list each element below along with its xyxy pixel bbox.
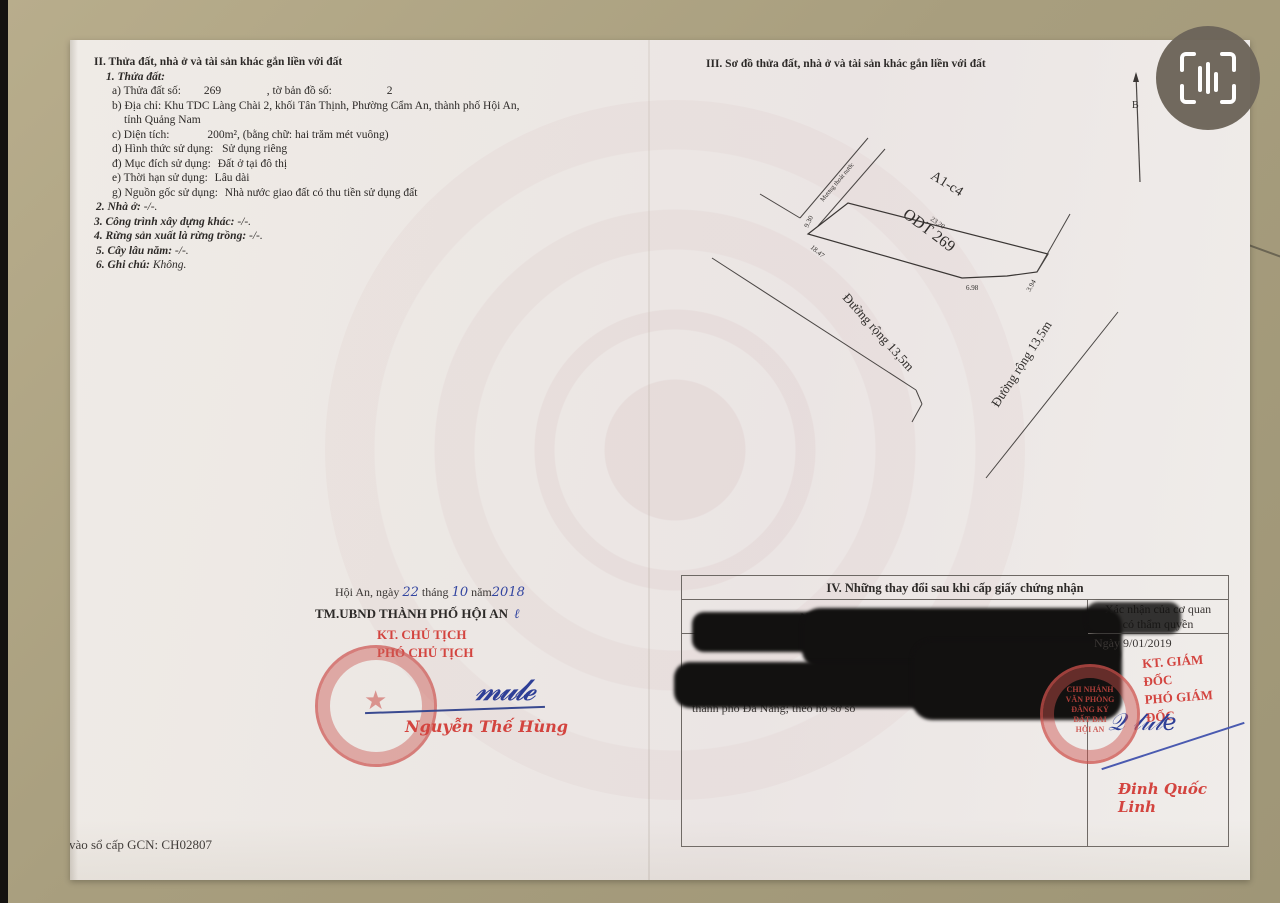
forest-value: -/-.: [249, 230, 263, 242]
house-row: 2. Nhà ở: -/-.: [94, 200, 519, 215]
issue-day: 22: [402, 585, 419, 600]
section-changes-table: IV. Những thay đổi sau khi cấp giấy chứn…: [681, 575, 1229, 847]
section-land-parcel-info: II. Thửa đất, nhà ở và tài sản khác gắn …: [94, 55, 519, 273]
area-label: c) Diện tích:: [112, 128, 169, 143]
official-seal-left: ★: [315, 645, 437, 767]
other-construction-value: -/-.: [237, 216, 251, 228]
forest-label: 4. Rừng sản xuất là rừng trồng:: [94, 230, 246, 242]
scan-text-icon: [1176, 46, 1240, 110]
dim-right: 3.94: [1025, 278, 1038, 293]
use-form-label: d) Hình thức sử dụng:: [112, 142, 213, 157]
changes-columns: Nội dung thay đổi và cơ sở pháp lý số 98…: [682, 600, 1228, 846]
date-prefix: Hội An, ngày: [335, 585, 399, 599]
ditch-label: Mương thoát nước: [819, 161, 856, 203]
other-construction-row: 3. Công trình xây dựng khác: -/-.: [94, 215, 519, 230]
dim-bottom: 6.98: [966, 284, 979, 292]
redaction-mark: [1086, 602, 1181, 634]
address-continuation: tỉnh Quảng Nam: [94, 113, 519, 128]
neighbor-label: A1-c4: [928, 169, 966, 200]
initial-mark: ℓ: [514, 606, 519, 621]
page-fold: [648, 40, 650, 880]
seal-line: ĐẤT ĐAI: [1043, 715, 1137, 725]
origin-row: g) Nguồn gốc sử dụng: Nhà nước giao đất …: [94, 186, 519, 201]
north-arrow-icon: B: [1132, 72, 1140, 182]
use-form-row: d) Hình thức sử dụng: Sử dụng riêng: [94, 142, 519, 157]
seal-line: VĂN PHÒNG: [1043, 695, 1137, 705]
change-content-column: Nội dung thay đổi và cơ sở pháp lý số 98…: [682, 600, 1088, 846]
issue-date: Hội An, ngày 22 tháng 10 năm2018: [310, 585, 610, 600]
purpose-value: Đất ở tại đô thị: [218, 157, 287, 172]
dim-left: 9.30: [803, 214, 816, 229]
section-iii-title: III. Sơ đồ thửa đất, nhà ở và tài sản kh…: [706, 58, 986, 70]
origin-value: Nhà nước giao đất có thu tiền sử dụng đấ…: [225, 186, 418, 201]
signer-name-left: Nguyễn Thế Hùng: [405, 717, 568, 736]
signature-left: 𝓶𝓾𝓵𝓮: [475, 673, 533, 708]
house-value: -/-.: [144, 201, 158, 213]
parcel-diagram: B Mương thoát nước A1-c4 ODT 269 23.20 9…: [690, 70, 1230, 490]
term-row: e) Thời hạn sử dụng: Lâu dài: [94, 171, 519, 186]
seal-line: ĐĂNG KÝ: [1043, 705, 1137, 715]
signer-title-1: KT. CHỦ TỊCH: [377, 626, 610, 644]
term-label: e) Thời hạn sử dụng:: [112, 171, 208, 186]
certificate-paper: II. Thửa đất, nhà ở và tài sản khác gắn …: [70, 40, 1250, 880]
svg-text:B: B: [1132, 100, 1139, 111]
map-sheet-label: , tờ bản đồ số:: [267, 84, 332, 99]
area-row: c) Diện tích: 200m², (bằng chữ: hai trăm…: [94, 128, 519, 143]
address-label: b) Địa chỉ:: [112, 99, 161, 114]
registry-number: Số vào sổ cấp GCN: CH02807: [70, 837, 212, 853]
issuer-signature-block: Hội An, ngày 22 tháng 10 năm2018 TM.UBND…: [310, 585, 610, 662]
seal-line: HỘI AN: [1043, 725, 1137, 735]
parcel-number-label: a) Thửa đất số:: [112, 84, 181, 99]
origin-label: g) Nguồn gốc sử dụng:: [112, 186, 218, 201]
issue-year: 2018: [492, 585, 525, 600]
confirm-title-1: KT. GIÁM ĐỐC: [1142, 649, 1228, 691]
official-seal-right: CHI NHÁNH VĂN PHÒNG ĐĂNG KÝ ĐẤT ĐAI HỘI …: [1040, 664, 1140, 764]
purpose-row: đ) Mục đích sử dụng: Đất ở tại đô thị: [94, 157, 519, 172]
forest-row: 4. Rừng sản xuất là rừng trồng: -/-.: [94, 229, 519, 244]
organization-name: TM.UBND THÀNH PHỐ HỘI AN: [315, 606, 508, 621]
map-sheet-number: 2: [387, 84, 393, 99]
perennial-value: -/-.: [175, 245, 189, 257]
parcel-diagram-svg: B Mương thoát nước A1-c4 ODT 269 23.20 9…: [690, 70, 1230, 490]
section-ii-title: II. Thửa đất, nhà ở và tài sản khác gắn …: [94, 55, 519, 70]
address-row: b) Địa chỉ: Khu TDC Làng Chài 2, khối Tâ…: [94, 99, 519, 114]
other-construction-label: 3. Công trình xây dựng khác:: [94, 216, 234, 228]
issue-month: 10: [452, 585, 469, 600]
road-right-label: Đường rộng 13,5m: [988, 318, 1055, 410]
registry-label: Số vào sổ cấp GCN:: [70, 837, 158, 852]
scan-text-button[interactable]: [1156, 26, 1260, 130]
section-iv-title: IV. Những thay đổi sau khi cấp giấy chứn…: [682, 576, 1228, 600]
registry-value: CH02807: [161, 837, 212, 852]
notes-label: 6. Ghi chú:: [96, 259, 150, 271]
road-left-label: Đường rộng 13,5m: [840, 290, 918, 374]
perennial-row: 5. Cây lâu năm: -/-.: [94, 244, 519, 259]
perennial-label: 5. Cây lâu năm:: [96, 245, 172, 257]
parcel-label: ODT 269: [900, 206, 959, 256]
notes-value: Không.: [153, 259, 187, 271]
issuing-organization: TM.UBND THÀNH PHỐ HỘI ANℓ: [310, 606, 610, 622]
parcel-number: 269: [204, 84, 264, 99]
photo-frame-edge: [0, 0, 8, 903]
parcel-number-row: a) Thửa đất số: 269 , tờ bản đồ số: 2: [94, 84, 519, 99]
address-value: Khu TDC Làng Chài 2, khối Tân Thịnh, Phư…: [164, 99, 519, 114]
term-value: Lâu dài: [215, 171, 250, 186]
year-prefix: năm: [471, 585, 492, 599]
seal-line: CHI NHÁNH: [1043, 685, 1137, 695]
purpose-label: đ) Mục đích sử dụng:: [112, 157, 211, 172]
dim-bottom-left: 18.47: [809, 243, 827, 260]
land-parcel-heading: 1. Thửa đất:: [94, 70, 519, 85]
notes-row: 6. Ghi chú: Không.: [94, 258, 519, 273]
month-prefix: tháng: [422, 585, 449, 599]
use-form-value: Sử dụng riêng: [222, 142, 287, 157]
area-value: 200m², (bằng chữ: hai trăm mét vuông): [207, 128, 388, 143]
paper-shadow: [70, 40, 78, 880]
house-label: 2. Nhà ở:: [96, 201, 141, 213]
signer-name-right: Đinh Quốc Linh: [1118, 780, 1228, 816]
